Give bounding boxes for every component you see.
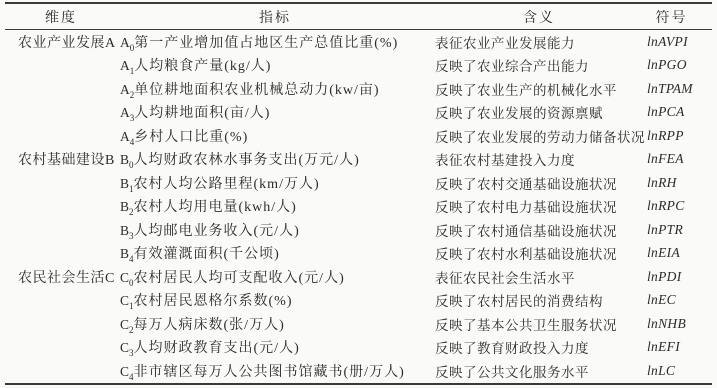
indicator-text: 每万人病床数(张/万人) (134, 318, 285, 333)
column-header-dimension: 维度 (5, 7, 117, 27)
table-row: B1农村人均公路里程(km/万人) 反映了农村交通基础设施状况 lnRH (5, 171, 712, 195)
meaning-cell: 反映了教育财政投入力度 (433, 337, 645, 357)
symbol-cell: lnPCA (645, 104, 712, 120)
table-row: B3人均邮电业务收入(元/人) 反映了农村通信基础设施状况 lnPTR (5, 218, 712, 242)
meaning-cell: 反映了农村水利基础设施状况 (433, 243, 645, 263)
symbol-cell: lnRPC (645, 198, 712, 214)
symbol-cell: lnTPAM (645, 81, 712, 97)
indicator-text: 农村居民恩格尔系数(%) (134, 294, 293, 309)
symbol-cell: lnRH (645, 175, 712, 191)
indicator-code: C (120, 293, 129, 308)
indicator-cell: B3人均邮电业务收入(元/人) (117, 220, 433, 240)
indicator-text: 人均财政农林水事务支出(万元/人) (134, 153, 360, 168)
indicator-cell: A3人均耕地面积(亩/人) (117, 102, 433, 122)
indicator-text: 农村人均公路里程(km/万人) (134, 177, 320, 192)
indicator-cell: C2每万人病床数(张/万人) (117, 314, 433, 334)
table-header-row: 维度 指标 含义 符号 (5, 4, 712, 30)
indicator-cell: B2农村人均用电量(kwh/人) (117, 196, 433, 216)
indicator-cell: A2单位耕地面积农业机械总动力(kw/亩) (117, 79, 433, 99)
meaning-cell: 表征农业产业发展能力 (433, 32, 645, 52)
indicator-text: 农村人均用电量(kwh/人) (134, 200, 297, 215)
indicator-cell: A1人均粮食产量(kg/人) (117, 55, 433, 75)
indicator-code: A (120, 105, 130, 120)
table-row: 农业产业发展A A0第一产业增加值占地区生产总值比重(%) 表征农业产业发展能力… (5, 30, 712, 54)
indicator-cell: C0农村居民人均可支配收入(元/人) (117, 267, 433, 287)
table-row: B2农村人均用电量(kwh/人) 反映了农村电力基础设施状况 lnRPC (5, 195, 712, 219)
table-row: B4有效灌溉面积(千公顷) 反映了农村水利基础设施状况 lnEIA (5, 242, 712, 266)
indicator-code: C (120, 317, 129, 332)
indicator-code: A (120, 35, 130, 50)
meaning-cell: 反映了公共文化服务水平 (433, 361, 645, 381)
indicator-code: B (120, 246, 129, 261)
meaning-cell: 反映了农业发展的资源禀赋 (433, 102, 645, 122)
table-row: A4乡村人口比重(%) 反映了农业发展的劳动力储备状况 lnRPP (5, 124, 712, 148)
dimension-cell: 农村基础建设B (5, 149, 117, 169)
meaning-cell: 反映了农业发展的劳动力储备状况 (433, 126, 645, 146)
table-row: C4非市辖区每万人公共图书馆藏书(册/万人) 反映了公共文化服务水平 lnLC (5, 359, 712, 383)
indicator-cell: B4有效灌溉面积(千公顷) (117, 243, 433, 263)
symbol-cell: lnPTR (645, 222, 712, 238)
meaning-cell: 反映了农村交通基础设施状况 (433, 173, 645, 193)
symbol-cell: lnEIA (645, 245, 712, 261)
table-body: 农业产业发展A A0第一产业增加值占地区生产总值比重(%) 表征农业产业发展能力… (5, 30, 712, 383)
indicator-text: 第一产业增加值占地区生产总值比重(%) (134, 36, 398, 51)
meaning-cell: 反映了农业综合产出能力 (433, 55, 645, 75)
indicator-code: C (120, 270, 129, 285)
symbol-cell: lnPDI (645, 269, 712, 285)
dimension-cell: 农业产业发展A (5, 32, 117, 52)
indicator-cell: A0第一产业增加值占地区生产总值比重(%) (117, 32, 433, 52)
indicator-code: B (120, 223, 129, 238)
indicator-text: 农村居民人均可支配收入(元/人) (134, 271, 345, 286)
meaning-cell: 反映了农村通信基础设施状况 (433, 220, 645, 240)
indicator-code: A (120, 129, 130, 144)
indicator-cell: C3人均财政教育支出(元/人) (117, 337, 433, 357)
meaning-cell: 反映了农村电力基础设施状况 (433, 196, 645, 216)
indicator-code: C (120, 364, 129, 379)
table-row: A1人均粮食产量(kg/人) 反映了农业综合产出能力 lnPGO (5, 54, 712, 78)
table-row: C3人均财政教育支出(元/人) 反映了教育财政投入力度 lnEFI (5, 336, 712, 360)
table-row: C1农村居民恩格尔系数(%) 反映了农村居民的消费结构 lnEC (5, 289, 712, 313)
indicator-text: 人均财政教育支出(元/人) (134, 341, 300, 356)
symbol-cell: lnRPP (645, 128, 712, 144)
dimension-cell: 农民社会生活C (5, 267, 117, 287)
symbol-cell: lnLC (645, 363, 712, 379)
meaning-cell: 表征农民社会生活水平 (433, 267, 645, 287)
indicator-system-table: 维度 指标 含义 符号 农业产业发展A A0第一产业增加值占地区生产总值比重(%… (5, 2, 712, 385)
table-row: 农村基础建设B B0人均财政农林水事务支出(万元/人) 表征农村基建投入力度 l… (5, 148, 712, 172)
indicator-cell: C1农村居民恩格尔系数(%) (117, 290, 433, 310)
indicator-text: 人均耕地面积(亩/人) (134, 106, 270, 121)
indicator-text: 乡村人口比重(%) (134, 130, 248, 145)
indicator-code: B (120, 152, 129, 167)
indicator-code: B (120, 176, 129, 191)
meaning-cell: 反映了基本公共卫生服务状况 (433, 314, 645, 334)
symbol-cell: lnNHB (645, 316, 712, 332)
symbol-cell: lnFEA (645, 151, 712, 167)
table-row: A2单位耕地面积农业机械总动力(kw/亩) 反映了农业生产的机械化水平 lnTP… (5, 77, 712, 101)
indicator-text: 有效灌溉面积(千公顷) (134, 247, 280, 262)
indicator-cell: A4乡村人口比重(%) (117, 126, 433, 146)
indicator-text: 单位耕地面积农业机械总动力(kw/亩) (134, 83, 379, 98)
indicator-code: A (120, 82, 130, 97)
indicator-text: 非市辖区每万人公共图书馆藏书(册/万人) (134, 365, 405, 380)
symbol-cell: lnPGO (645, 57, 712, 73)
indicator-text: 人均邮电业务收入(元/人) (134, 224, 300, 239)
table-row: 农民社会生活C C0农村居民人均可支配收入(元/人) 表征农民社会生活水平 ln… (5, 265, 712, 289)
symbol-cell: lnEC (645, 292, 712, 308)
table-row: A3人均耕地面积(亩/人) 反映了农业发展的资源禀赋 lnPCA (5, 101, 712, 125)
meaning-cell: 反映了农业生产的机械化水平 (433, 79, 645, 99)
paper-table-page: 维度 指标 含义 符号 农业产业发展A A0第一产业增加值占地区生产总值比重(%… (0, 0, 717, 388)
symbol-cell: lnAVPI (645, 34, 712, 50)
meaning-cell: 反映了农村居民的消费结构 (433, 290, 645, 310)
indicator-text: 人均粮食产量(kg/人) (134, 59, 271, 74)
indicator-code: C (120, 340, 129, 355)
indicator-cell: C4非市辖区每万人公共图书馆藏书(册/万人) (117, 361, 433, 381)
column-header-indicator: 指标 (117, 7, 433, 27)
table-row: C2每万人病床数(张/万人) 反映了基本公共卫生服务状况 lnNHB (5, 312, 712, 336)
column-header-symbol: 符号 (645, 7, 712, 27)
symbol-cell: lnEFI (645, 339, 712, 355)
indicator-cell: B0人均财政农林水事务支出(万元/人) (117, 149, 433, 169)
column-header-meaning: 含义 (433, 7, 645, 27)
indicator-code: A (120, 58, 130, 73)
meaning-cell: 表征农村基建投入力度 (433, 149, 645, 169)
indicator-code: B (120, 199, 129, 214)
indicator-cell: B1农村人均公路里程(km/万人) (117, 173, 433, 193)
